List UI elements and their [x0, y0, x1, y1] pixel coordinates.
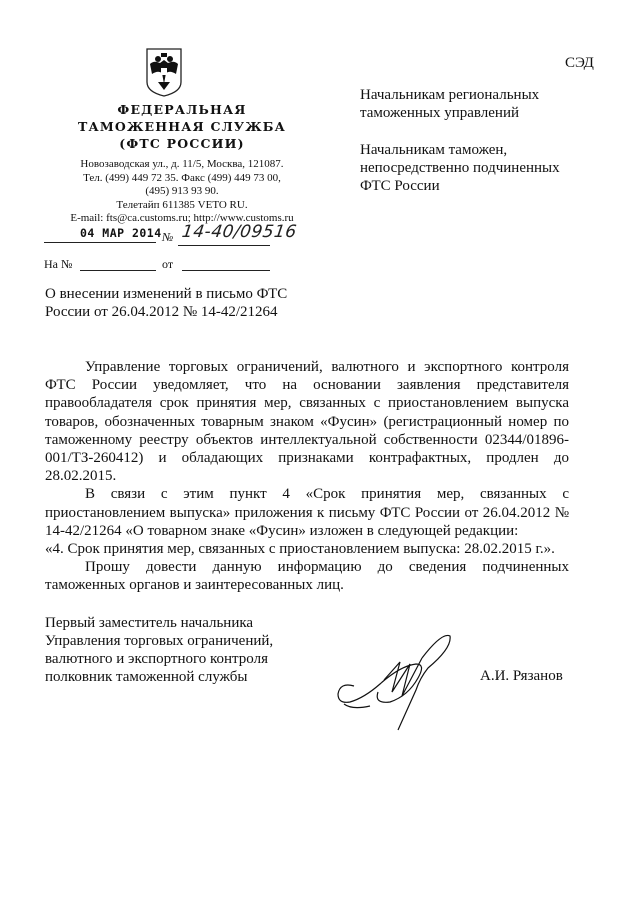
signatory-title-line: полковник таможенной службы	[45, 668, 273, 686]
body-quote-paragraph: «4. Срок принятия мер, связанных с приос…	[45, 540, 569, 558]
agency-name-line-1: ФЕДЕРАЛЬНАЯ	[60, 102, 304, 117]
agency-name-line-2: ТАМОЖЕННАЯ СЛУЖБА	[60, 119, 304, 134]
reply-from-underline	[182, 270, 270, 271]
signatory-title-line: Первый заместитель начальника	[45, 614, 273, 632]
signatory-title-line: валютного и экспортного контроля	[45, 650, 273, 668]
recipient-line: Начальникам таможен,	[360, 141, 590, 159]
body-paragraph: Прошу довести данную информацию до сведе…	[45, 558, 569, 594]
reply-to-underline	[80, 270, 156, 271]
phone-line-2: (495) 913 93 90.	[56, 185, 308, 199]
agency-abbreviation: (ФТС РОССИИ)	[60, 136, 304, 151]
address-line: Новозаводская ул., д. 11/5, Москва, 1210…	[56, 158, 308, 172]
phone-line: Тел. (499) 449 72 35. Факс (499) 449 73 …	[56, 172, 308, 186]
date-underline	[44, 242, 156, 243]
recipient-line: Начальникам региональных	[360, 86, 590, 104]
sed-marker: СЭД	[565, 55, 594, 72]
number-label: №	[162, 230, 173, 245]
teletype-line: Телетайп 611385 VETO RU.	[56, 199, 308, 213]
recipient-line: таможенных управлений	[360, 104, 590, 122]
date-stamp: 04 МАР 2014	[80, 226, 162, 240]
agency-address-block: Новозаводская ул., д. 11/5, Москва, 1210…	[56, 158, 308, 226]
signatory-title-line: Управления торговых ограничений,	[45, 632, 273, 650]
letter-body: Управление торговых ограничений, валютно…	[45, 358, 569, 595]
reply-from-label: от	[162, 257, 173, 272]
body-paragraph: В связи с этим пункт 4 «Срок принятия ме…	[45, 485, 569, 540]
reply-to-label: На №	[44, 257, 72, 272]
subject-line: О внесении изменений в письмо ФТС	[45, 285, 325, 303]
body-paragraph: Управление торговых ограничений, валютно…	[45, 358, 569, 485]
number-underline	[178, 245, 270, 246]
document-number-handwritten: 14-40/09516	[181, 222, 299, 242]
recipient-line: ФТС России	[360, 177, 590, 195]
handwritten-signature-icon	[330, 624, 460, 732]
recipient-block-1: Начальникам региональных таможенных упра…	[360, 86, 590, 122]
signatory-name: А.И. Рязанов	[480, 668, 563, 685]
recipient-line: непосредственно подчиненных	[360, 159, 590, 177]
subject-line: России от 26.04.2012 № 14-42/21264	[45, 303, 325, 321]
signatory-title: Первый заместитель начальника Управления…	[45, 614, 273, 686]
recipient-block-2: Начальникам таможен, непосредственно под…	[360, 141, 590, 195]
coat-of-arms-emblem-icon	[144, 46, 184, 98]
letter-subject: О внесении изменений в письмо ФТС России…	[45, 285, 325, 321]
